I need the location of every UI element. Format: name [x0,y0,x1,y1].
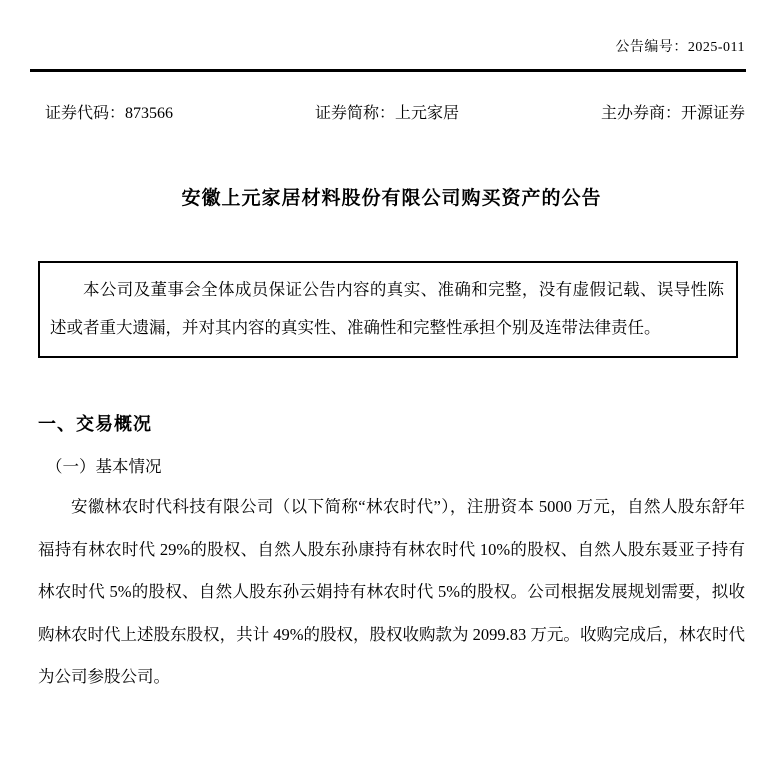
stock-code: 证券代码：873566 [45,100,173,123]
document-title: 安徽上元家居材料股份有限公司购买资产的公告 [38,183,745,210]
stock-short-name: 证券简称：上元家居 [315,100,459,123]
securities-info-row: 证券代码：873566 证券简称：上元家居 主办券商：开源证券 [38,100,745,123]
stock-code-value: 873566 [125,105,173,122]
stock-code-label: 证券代码： [45,105,125,122]
body-paragraph: 安徽林农时代科技有限公司（以下简称“林农时代”），注册资本 5000 万元，自然… [38,486,745,699]
sponsor-broker: 主办券商：开源证券 [601,100,745,123]
sponsor-broker-value: 开源证券 [681,105,745,122]
announcement-number: 公告编号：2025-011 [38,0,745,56]
stock-short-name-value: 上元家居 [395,105,459,122]
section-heading-transaction-overview: 一、交易概况 [38,410,745,436]
stock-short-name-label: 证券简称： [315,105,395,122]
document-page: 公告编号：2025-011 证券代码：873566 证券简称：上元家居 主办券商… [0,0,775,771]
header-rule [30,69,746,72]
disclaimer-text: 本公司及董事会全体成员保证公告内容的真实、准确和完整，没有虚假记载、误导性陈述或… [50,271,724,346]
subsection-heading-basic-situation: （一）基本情况 [46,453,745,477]
sponsor-broker-label: 主办券商： [601,105,681,122]
disclaimer-box: 本公司及董事会全体成员保证公告内容的真实、准确和完整，没有虚假记载、误导性陈述或… [38,261,738,358]
